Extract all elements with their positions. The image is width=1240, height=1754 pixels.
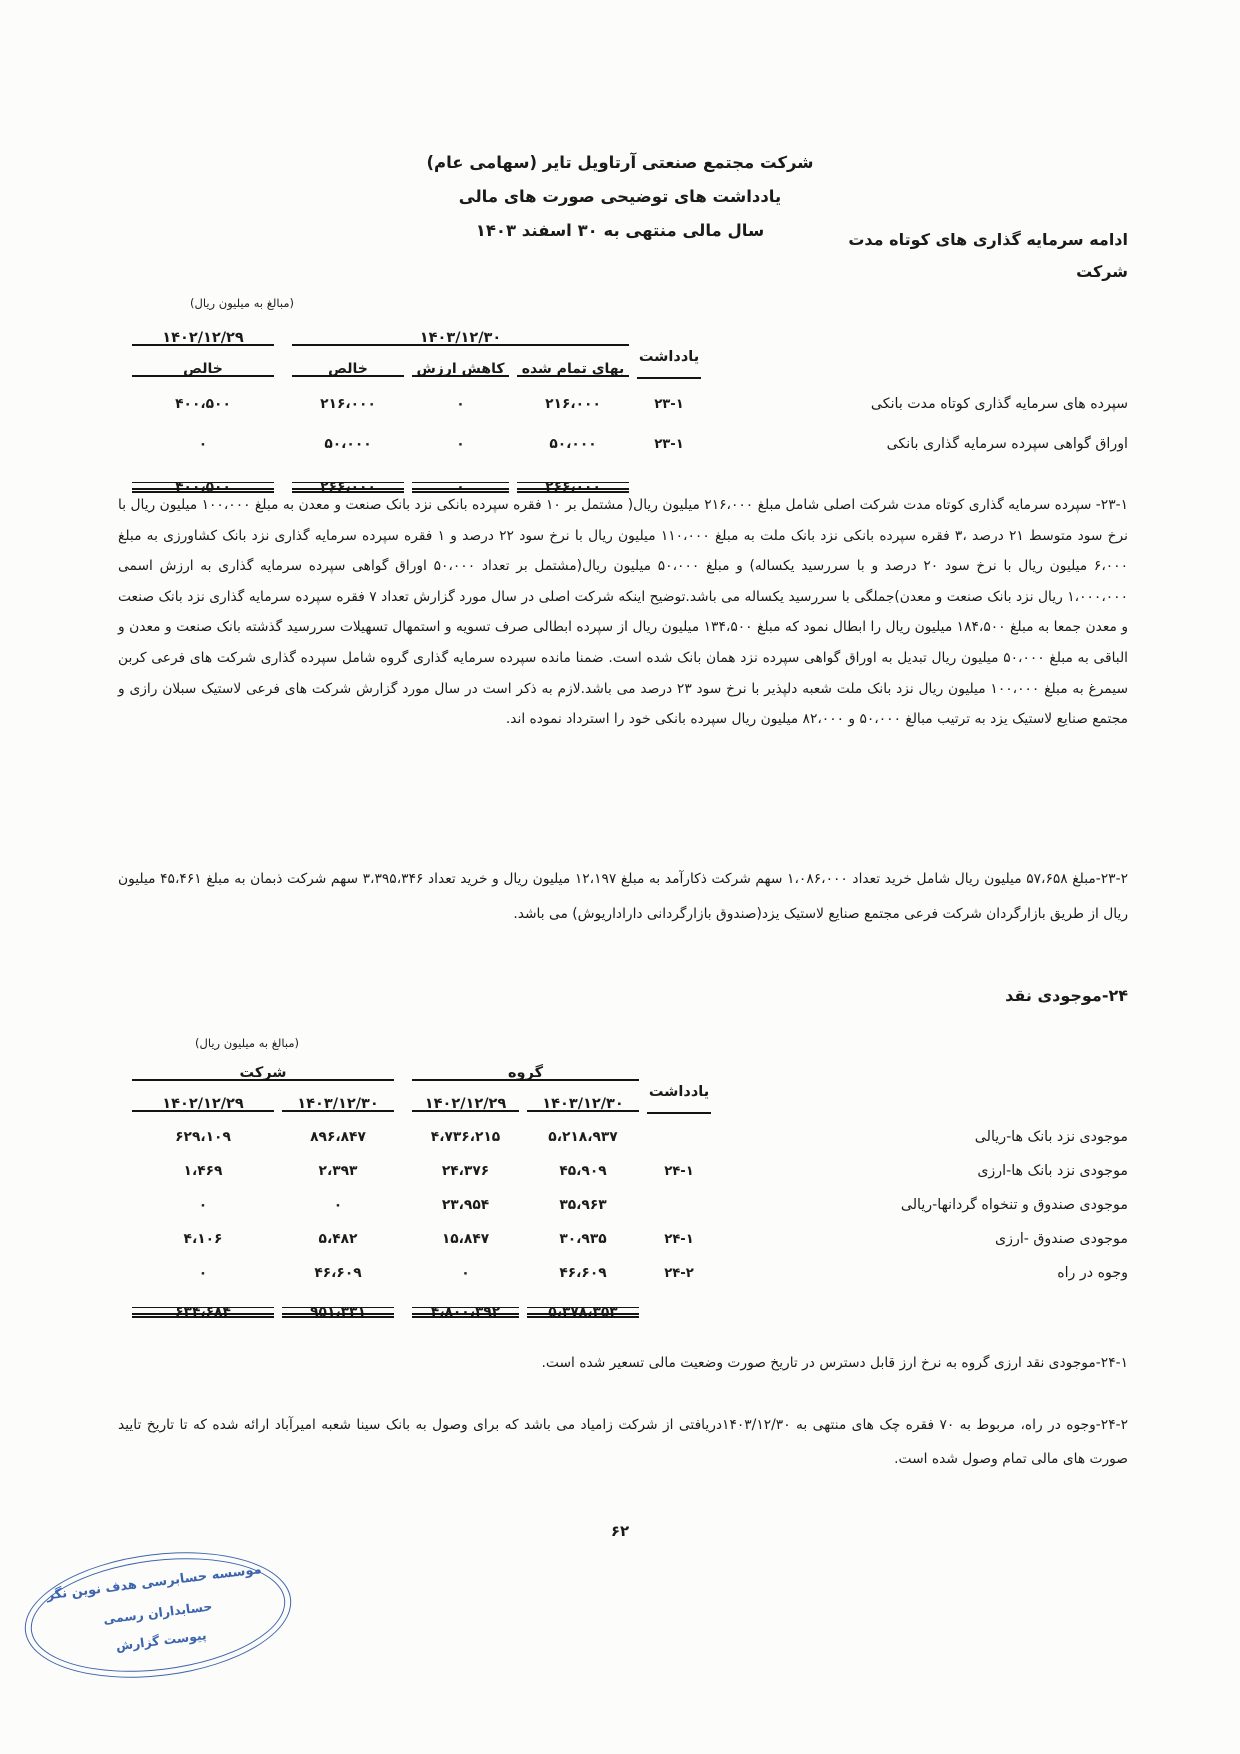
row-net: ۵۰،۰۰۰ (288, 436, 408, 452)
table2-dates-row: یادداشت ۱۴۰۳/۱۲/۳۰ ۱۴۰۲/۱۲/۲۹ ۱۴۰۳/۱۲/۳۰… (128, 1088, 1128, 1120)
table2-company-header: شرکت (128, 1065, 398, 1081)
row-label: موجودی صندوق -ارزی (715, 1231, 1128, 1247)
note-header-label: یادداشت (639, 349, 699, 365)
row-net: ۲۱۶،۰۰۰ (288, 396, 408, 412)
note-24-1-paragraph: ۲۴-۱-موجودی نقد ارزی گروه به نرخ ارز قاب… (118, 1346, 1128, 1380)
audit-stamp: موسسه حسابرسی هدف نوین نگر حسابداران رسم… (18, 1538, 299, 1692)
company-prior-value: ۰ (128, 1265, 278, 1281)
group-current-value: ۴۵،۹۰۹ (523, 1163, 643, 1179)
company-prior-value: ۴،۱۰۶ (128, 1231, 278, 1247)
row-note-ref: ۲۳-۱ (633, 397, 705, 412)
row-net-prior: ۴۰۰،۵۰۰ (128, 396, 278, 412)
table2-row-funds-in-transit: وجوه در راه ۲۴-۲ ۴۶،۶۰۹ ۰ ۴۶،۶۰۹ ۰ (128, 1256, 1128, 1290)
group-prior-value: ۲۴،۳۷۶ (408, 1163, 523, 1179)
total-group-current: ۵،۳۷۸،۳۵۳ (523, 1304, 643, 1320)
row-note-ref: ۲۳-۱ (633, 437, 705, 452)
company-date-prior: ۱۴۰۲/۱۲/۲۹ (128, 1096, 278, 1112)
row-label: وجوه در راه (715, 1265, 1128, 1281)
note-header-label: یادداشت (649, 1084, 709, 1100)
unit-label-section-23: (مبالغ به میلیون ریال) (190, 296, 294, 310)
table2-note-header: یادداشت (643, 1095, 715, 1114)
company-date-current: ۱۴۰۳/۱۲/۳۰ (278, 1096, 398, 1112)
company-prior-value: ۱،۴۶۹ (128, 1163, 278, 1179)
table1-date-prior: ۱۴۰۲/۱۲/۲۹ (128, 330, 278, 346)
table2-groups-row: گروه شرکت (128, 1058, 1128, 1088)
group-current-value: ۴۶،۶۰۹ (523, 1265, 643, 1281)
table1-dates-row: ۱۴۰۳/۱۲/۳۰ ۱۴۰۲/۱۲/۲۹ (128, 322, 1128, 354)
table1-row-bank-deposits: سپرده های سرمایه گذاری کوتاه مدت بانکی ۲… (128, 384, 1128, 424)
row-cost: ۲۱۶،۰۰۰ (513, 396, 633, 412)
group-current-value: ۳۰،۹۳۵ (523, 1231, 643, 1247)
row-label: موجودی نزد بانک ها-ریالی (715, 1129, 1128, 1145)
company-name: شرکت مجتمع صنعتی آرتاویل تایر (سهامی عام… (310, 146, 930, 180)
table1-col-cost: بهای تمام شده (513, 361, 633, 377)
company-current-value: ۲،۳۹۳ (278, 1163, 398, 1179)
company-current-value: ۴۶،۶۰۹ (278, 1265, 398, 1281)
table1-col-impairment: کاهش ارزش (408, 361, 513, 377)
company-current-value: ۰ (278, 1197, 398, 1213)
group-current-value: ۵،۲۱۸،۹۳۷ (523, 1129, 643, 1145)
table2-total-row: ۵،۳۷۸،۳۵۳ ۴،۸۰۰،۳۹۲ ۹۵۱،۳۳۱ ۶۳۴،۶۸۴ (128, 1290, 1128, 1334)
cash-table: گروه شرکت یادداشت ۱۴۰۳/۱۲/۳۰ ۱۴۰۲/۱۲/۲۹ … (128, 1058, 1128, 1334)
company-current-value: ۸۹۶،۸۴۷ (278, 1129, 398, 1145)
row-impairment: ۰ (408, 436, 513, 452)
row-note-ref: ۲۴-۱ (643, 1164, 715, 1179)
row-label: اوراق گواهی سپرده سرمایه گذاری بانکی (705, 436, 1128, 452)
financial-statements-page: شرکت مجتمع صنعتی آرتاویل تایر (سهامی عام… (0, 0, 1240, 1754)
row-impairment: ۰ (408, 396, 513, 412)
group-current-value: ۳۵،۹۶۳ (523, 1197, 643, 1213)
table2-group-header: گروه (408, 1065, 643, 1081)
table2-row-cash-fx: موجودی صندوق -ارزی ۲۴-۱ ۳۰،۹۳۵ ۱۵،۸۴۷ ۵،… (128, 1222, 1128, 1256)
note-23-1-paragraph: ۲۳-۱- سپرده سرمایه گذاری کوتاه مدت شرکت … (118, 490, 1128, 735)
company-current-value: ۵،۴۸۲ (278, 1231, 398, 1247)
short-term-investments-table: ۱۴۰۳/۱۲/۳۰ ۱۴۰۲/۱۲/۲۹ یادداشت بهای تمام … (128, 322, 1128, 510)
row-label: سپرده های سرمایه گذاری کوتاه مدت بانکی (705, 396, 1128, 412)
unit-label-section-24: (مبالغ به میلیون ریال) (195, 1036, 299, 1050)
document-header: شرکت مجتمع صنعتی آرتاویل تایر (سهامی عام… (310, 146, 930, 248)
table1-note-header: یادداشت (633, 360, 705, 379)
row-net-prior: ۰ (128, 436, 278, 452)
row-label: موجودی صندوق و تنخواه گردانها-ریالی (715, 1197, 1128, 1213)
note-23-2-paragraph: ۲۳-۲-مبلغ ۵۷،۶۵۸ میلیون ریال شامل خرید ت… (118, 862, 1128, 932)
table1-row-certificates: اوراق گواهی سپرده سرمایه گذاری بانکی ۲۳-… (128, 424, 1128, 464)
fiscal-period: سال مالی منتهی به ۳۰ اسفند ۱۴۰۳ (310, 214, 930, 248)
group-prior-value: ۱۵،۸۴۷ (408, 1231, 523, 1247)
section-23-subtitle: شرکت (1076, 262, 1128, 281)
group-prior-value: ۲۳،۹۵۴ (408, 1197, 523, 1213)
total-company-prior: ۶۳۴،۶۸۴ (128, 1304, 278, 1320)
row-note-ref: ۲۴-۱ (643, 1232, 715, 1247)
row-note-ref: ۲۴-۲ (643, 1266, 715, 1281)
company-prior-value: ۰ (128, 1197, 278, 1213)
table1-columns-row: یادداشت بهای تمام شده کاهش ارزش خالص خال… (128, 354, 1128, 384)
table1-date-current: ۱۴۰۳/۱۲/۳۰ (288, 330, 633, 346)
notes-title: یادداشت های توضیحی صورت های مالی (310, 180, 930, 214)
row-label: موجودی نزد بانک ها-ارزی (715, 1163, 1128, 1179)
note-24-2-paragraph: ۲۴-۲-وجوه در راه، مربوط به ۷۰ فقره چک ها… (118, 1408, 1128, 1476)
table1-col-net: خالص (288, 361, 408, 377)
table1-col-net-prior: خالص (128, 361, 278, 377)
section-23-title: ادامه سرمایه گذاری های کوتاه مدت (848, 230, 1128, 249)
table2-row-cash-petty-rial: موجودی صندوق و تنخواه گردانها-ریالی ۳۵،۹… (128, 1188, 1128, 1222)
row-cost: ۵۰،۰۰۰ (513, 436, 633, 452)
group-date-prior: ۱۴۰۲/۱۲/۲۹ (408, 1096, 523, 1112)
group-prior-value: ۰ (408, 1265, 523, 1281)
page-number: ۶۲ (0, 1522, 1240, 1540)
table2-row-banks-fx: موجودی نزد بانک ها-ارزی ۲۴-۱ ۴۵،۹۰۹ ۲۴،۳… (128, 1154, 1128, 1188)
table2-row-banks-rial: موجودی نزد بانک ها-ریالی ۵،۲۱۸،۹۳۷ ۴،۷۳۶… (128, 1120, 1128, 1154)
group-prior-value: ۴،۷۳۶،۲۱۵ (408, 1129, 523, 1145)
total-company-current: ۹۵۱،۳۳۱ (278, 1304, 398, 1320)
company-prior-value: ۶۲۹،۱۰۹ (128, 1129, 278, 1145)
group-date-current: ۱۴۰۳/۱۲/۳۰ (523, 1096, 643, 1112)
section-24-title: ۲۴-موجودی نقد (1005, 986, 1128, 1005)
total-group-prior: ۴،۸۰۰،۳۹۲ (408, 1304, 523, 1320)
